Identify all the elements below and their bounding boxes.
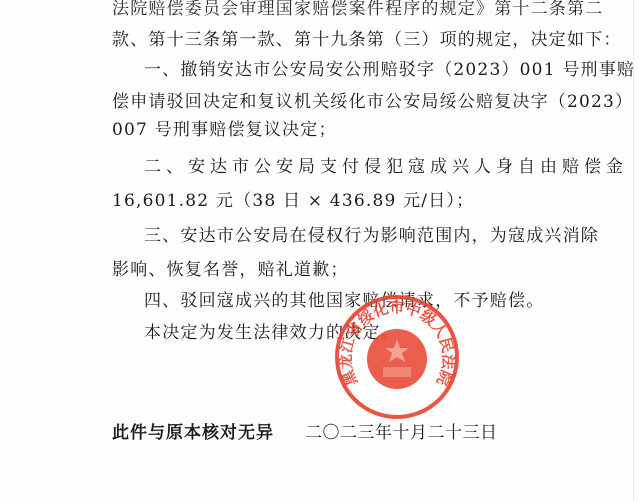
item-4-line-1: 四、驳回寇成兴的其他国家赔偿请求，不予赔偿。 [144, 290, 557, 312]
document-date: 二〇二三年十月二十三日 [305, 418, 498, 443]
item-2-line-1: 二、安达市公安局支付侵犯寇成兴人身自由赔偿金 [144, 156, 557, 178]
document-page: 法院赔偿委员会审理国家赔偿案件程序的规定》第十二条第二 款、第十三条第一款、第十… [0, 0, 640, 501]
item-2-line-2: 16,601.82 元（38 日 × 436.89 元/日）； [112, 190, 557, 212]
certification-text: 此件与原本核对无异 [112, 418, 274, 443]
item-3-line-1: 三、安达市公安局在侵权行为影响范围内，为寇成兴消除 [144, 225, 557, 247]
item-1-line-1: 一、撤销安达市公安局安公刑赔驳字（2023）001 号刑事赔 [144, 59, 557, 81]
text-line-partial: 法院赔偿委员会审理国家赔偿案件程序的规定》第十二条第二 [112, 0, 557, 20]
text-line: 款、第十三条第一款、第十九条第（三）项的规定，决定如下： [112, 29, 557, 51]
court-seal-icon: 黑龙江省绥化市中级人民法院 [333, 293, 461, 421]
item-1-line-3: 007 号刑事赔偿复议决定； [112, 119, 557, 141]
item-3-line-2: 影响、恢复名誉，赔礼道歉； [112, 259, 557, 281]
effect-statement: 本决定为发生法律效力的决定。 [144, 322, 557, 344]
item-1-line-2: 偿申请驳回决定和复议机关绥化市公安局绥公赔复决字（2023） [112, 91, 557, 113]
